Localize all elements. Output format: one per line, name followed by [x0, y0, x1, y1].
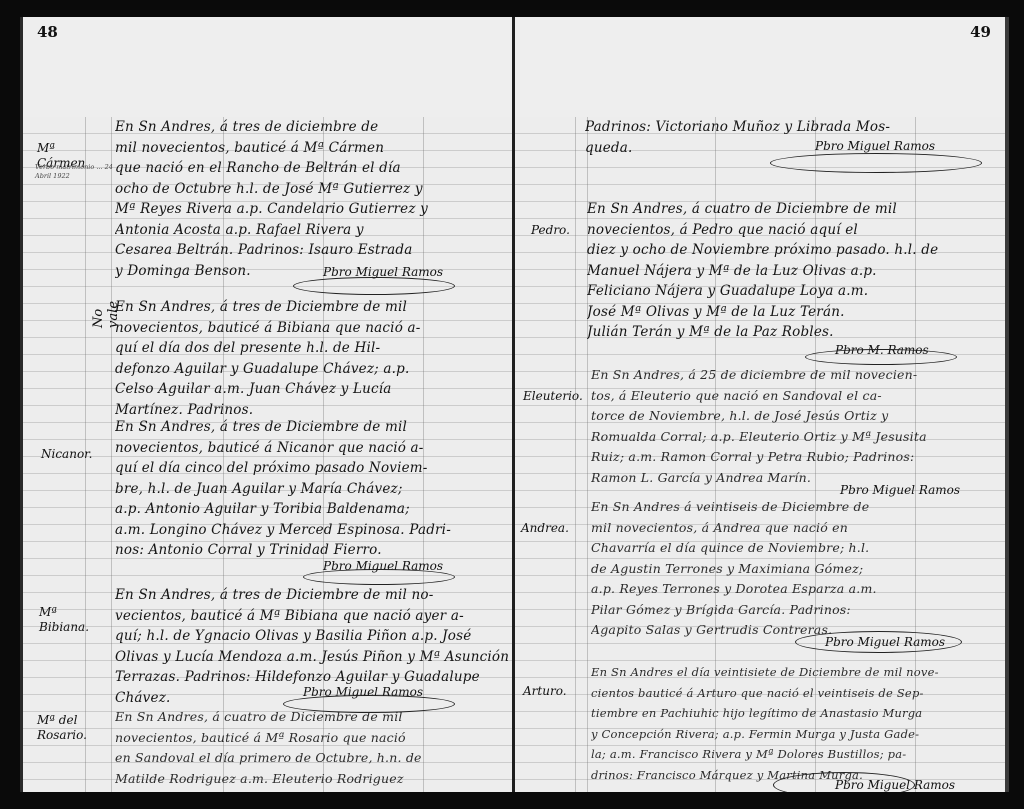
margin-name: Pedro. [531, 223, 591, 238]
entry-line: Manuel Nájera y Mª de la Luz Olivas a.p. [587, 261, 997, 282]
entry-line: ocho de Octubre h.l. de José Mª Gutierre… [115, 179, 510, 200]
entry-line: la; a.m. Francisco Rivera y Mª Dolores B… [591, 744, 999, 765]
entry-line: que nació en el Rancho de Beltrán el día [115, 158, 510, 179]
margin-rule [111, 117, 112, 792]
margin-name: Andrea. [521, 521, 585, 536]
entry-line: Chavarría el día quince de Noviembre; h.… [591, 538, 999, 559]
entry-line: quí el día cinco del próximo pasado Novi… [115, 458, 510, 479]
entry-line: En Sn Andres, á 25 de diciembre de mil n… [591, 365, 999, 386]
entry-line: En Sn Andres, á tres de Diciembre de mil [115, 417, 510, 438]
entry-line: novecientos, á Pedro que nació aquí el [587, 220, 997, 241]
priest-signature: Pbro Miguel Ramos [815, 139, 935, 153]
entry-line: En Sn Andres á veintiseis de Diciembre d… [591, 497, 999, 518]
entry-line: En Sn Andres, á tres de Diciembre de mil [115, 297, 510, 318]
margin-name: Mª Bibiana. [39, 605, 109, 635]
entry-line: Julián Terán y Mª de la Paz Robles. [587, 322, 997, 343]
entry-line: Matilde Rodriguez a.m. Eleuterio Rodrigu… [115, 769, 510, 790]
entry-line: En Sn Andres, á tres de diciembre de [115, 117, 510, 138]
entry-line: quí; h.l. de Ygnacio Olivas y Basilia Pi… [115, 626, 510, 647]
entry-line: Ruiz; a.m. Ramon Corral y Petra Rubio; P… [591, 447, 999, 468]
entry-line: mil novecientos, á Andrea que nació en [591, 518, 999, 539]
entry-line: vecientos, bauticé á Mª Bibiana que naci… [115, 606, 510, 627]
entry-line: a.p. Antonio Aguilar y Toribia Baldenama… [115, 499, 510, 520]
entry-line: Olivas y Lucía Mendoza a.m. Jesús Piñon … [115, 647, 510, 668]
entry-line: Mª Reyes Rivera a.p. Candelario Gutierre… [115, 199, 510, 220]
entry-line: Cesarea Beltrán. Padrinos: Isauro Estrad… [115, 240, 510, 261]
margin-name: Nicanor. [41, 447, 111, 462]
entry-line: En Sn Andres, á tres de Diciembre de mil… [115, 585, 510, 606]
page-number: 48 [37, 23, 58, 41]
entry-line: novecientos, bauticé á Nicanor que nació… [115, 438, 510, 459]
page-number: 49 [970, 23, 991, 41]
entry-line: Pilar Gómez y Brígida García. Padrinos: [591, 600, 999, 621]
entry-line: En Sn Andres, á cuatro de Diciembre de m… [587, 199, 997, 220]
entry-line: En Sn Andres el día veintisiete de Dicie… [591, 662, 999, 683]
entry-line: en Sandoval el día primero de Octubre, h… [115, 748, 510, 769]
signature-flourish [773, 772, 915, 792]
entry-line: cientos bauticé á Arturo que nació el ve… [591, 683, 999, 704]
signature-flourish [805, 349, 957, 365]
priest-signature: Pbro Miguel Ramos [840, 483, 960, 497]
margin-note: Verbo matrimonio ... 24 Abril 1922 [35, 163, 115, 181]
entry-line: Padrinos: Victoriano Muñoz y Librada Mos… [585, 117, 995, 138]
entry-line: a.m. Longino Chávez y Merced Espinosa. P… [115, 520, 510, 541]
entry-line: Celso Aguilar a.m. Juan Chávez y Lucía [115, 379, 510, 400]
entry-line: tiembre en Pachiuhic hijo legítimo de An… [591, 703, 999, 724]
right-page: 49 Padrinos: Victoriano Muñoz y Librada … [515, 17, 1009, 792]
signature-flourish [293, 277, 455, 295]
entry-line: defonzo Aguilar y Guadalupe Chávez; a.p. [115, 359, 510, 380]
entry-line: Feliciano Nájera y Guadalupe Loya a.m. [587, 281, 997, 302]
signature-flourish [795, 631, 962, 653]
entry-line: y Concepción Rivera; a.p. Fermin Murga y… [591, 724, 999, 745]
margin-name: Arturo. [523, 684, 587, 699]
entry-line: mil novecientos, bauticé á Mª Cármen [115, 138, 510, 159]
margin-name: Mª del Rosario. [37, 713, 107, 743]
entry-line: torce de Noviembre, h.l. de José Jesús O… [591, 406, 999, 427]
entry-line: tos, á Eleuterio que nació en Sandoval e… [591, 386, 999, 407]
entry-line: de Agustin Terrones y Maximiana Gómez; [591, 559, 999, 580]
entry-line: bre, h.l. de Juan Aguilar y María Chávez… [115, 479, 510, 500]
entry-line: quí el día dos del presente h.l. de Hil- [115, 338, 510, 359]
entry-line: diez y ocho de Noviembre próximo pasado.… [587, 240, 997, 261]
entry-line: Antonia Acosta a.p. Rafael Rivera y [115, 220, 510, 241]
signature-flourish [770, 153, 982, 173]
entry-line: y Dominga Benson. [115, 261, 510, 282]
entry-line: nos: Antonio Corral y Trinidad Fierro. [115, 540, 510, 561]
entry-line: José Mª Olivas y Mª de la Luz Terán. [587, 302, 997, 323]
entry-line: novecientos, bauticé á Bibiana que nació… [115, 318, 510, 339]
entry-line: Romualda Corral; a.p. Eleuterio Ortiz y … [591, 427, 999, 448]
signature-flourish [303, 569, 455, 585]
entry-line: a.p. Reyes Terrones y Dorotea Esparza a.… [591, 579, 999, 600]
left-page: 48 Mª Cármen Verbo matrimonio ... 24 Abr… [20, 17, 516, 792]
margin-name: Eleuterio. [523, 389, 587, 404]
entry-line: En Sn Andres, á cuatro de Diciembre de m… [115, 707, 510, 728]
entry-line: novecientos, bauticé á Mª Rosario que na… [115, 728, 510, 749]
